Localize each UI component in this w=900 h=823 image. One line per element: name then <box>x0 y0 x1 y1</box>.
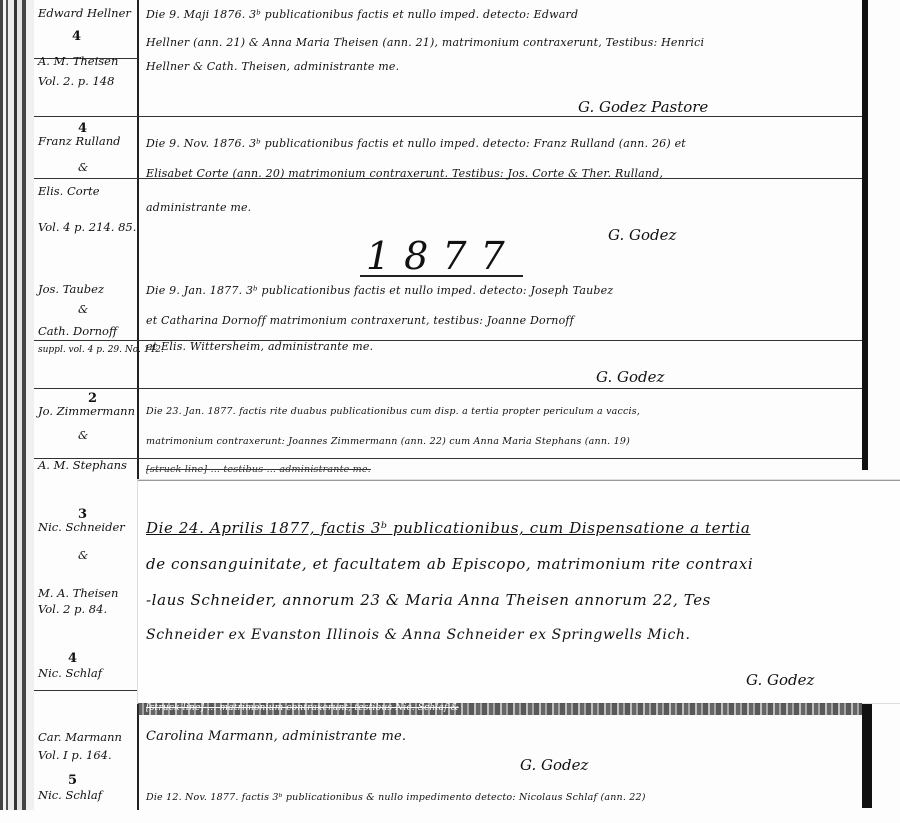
year-heading: 1877 <box>360 237 523 277</box>
priest-signature: G. Godez <box>608 226 676 244</box>
struck-entry-line: [struck line] … testibus … administrante… <box>146 464 371 475</box>
rule-line <box>34 458 862 459</box>
priest-signature: G. Godez <box>596 368 664 386</box>
entry-line: de consanguinitate, et facultatem ab Epi… <box>146 555 753 573</box>
entry-line: Elisabet Corte (ann. 20) matrimonium con… <box>146 167 663 180</box>
bride-name: A. M. Theisen <box>38 56 118 68</box>
groom-name: Nic. Schneider <box>38 522 125 534</box>
bride-name: M. A. Theisen <box>38 588 118 600</box>
entry-line: Die 12. Nov. 1877. factis 3ᵇ publication… <box>146 792 646 803</box>
bride-name: Elis. Corte <box>38 186 100 198</box>
groom-name: Nic. Schlaf <box>38 668 102 680</box>
entry-line: Hellner (ann. 21) & Anna Maria Theisen (… <box>146 36 704 49</box>
bride-name: Car. Marmann <box>38 732 122 744</box>
entry-line: administrante me. <box>146 201 251 214</box>
pasted-entry-slip: Die 24. Aprilis 1877, factis 3ᵇ publicat… <box>138 480 900 703</box>
groom-name: Jos. Taubez <box>38 284 104 296</box>
entry-line: Die 23. Jan. 1877. factis rite duabus pu… <box>146 406 640 417</box>
entry-line: et Catharina Dornoff matrimonium contrax… <box>146 314 574 327</box>
register-page: Edward Hellner 4 A. M. Theisen Vol. 2. p… <box>0 0 900 823</box>
groom-name: Franz Rulland <box>38 136 121 148</box>
entry-line: Die 9. Jan. 1877. 3ᵇ publicationibus fac… <box>146 284 613 297</box>
conjunction: & <box>78 162 88 174</box>
priest-signature: G. Godez Pastore <box>578 98 708 116</box>
entry-line: Schneider ex Evanston Illinois & Anna Sc… <box>146 627 691 643</box>
entry-number: 4 <box>72 30 81 43</box>
rule-line <box>34 116 862 117</box>
volume-reference: suppl. vol. 4 p. 29. No. 142. <box>38 346 164 355</box>
entry-line: matrimonium contraxerunt: Joannes Zimmer… <box>146 436 630 447</box>
volume-reference: Vol. 2. p. 148 <box>38 76 114 88</box>
priest-signature: G. Godez <box>520 756 588 774</box>
conjunction: & <box>78 430 88 442</box>
entry-line: Carolina Marmann, administrante me. <box>146 729 406 744</box>
entry-number: 5 <box>68 774 77 787</box>
volume-reference: Vol. 4 p. 214. 85. <box>38 222 136 234</box>
bride-name: A. M. Stephans <box>38 460 127 472</box>
conjunction: & <box>78 550 88 562</box>
entry-line: Die 24. Aprilis 1877, factis 3ᵇ publicat… <box>146 519 750 537</box>
priest-signature: G. Godez <box>746 671 814 689</box>
groom-name: Nic. Schlaf <box>38 790 102 802</box>
groom-name: Jo. Zimmermann <box>38 406 135 418</box>
entry-line: Hellner & Cath. Theisen, administrante m… <box>146 60 399 73</box>
volume-reference: Vol. 2 p. 84. <box>38 604 107 616</box>
entry-line: -laus Schneider, annorum 23 & Maria Anna… <box>146 591 711 609</box>
rule-line <box>34 388 862 389</box>
volume-reference: Vol. I p. 164. <box>38 750 112 762</box>
binding-edge <box>0 0 34 810</box>
entry-line: Die 9. Maji 1876. 3ᵇ publicationibus fac… <box>146 8 578 21</box>
entry-line: et Elis. Wittersheim, administrante me. <box>146 340 373 353</box>
page-edge <box>862 700 872 808</box>
entry-number: 4 <box>68 652 77 665</box>
page-edge <box>862 0 868 470</box>
entry-line: Die 9. Nov. 1876. 3ᵇ publicationibus fac… <box>146 137 686 150</box>
struck-entry-line: [struck line] … matrimonium contraxerunt… <box>146 703 459 713</box>
bride-name: Cath. Dornoff <box>38 326 117 338</box>
conjunction: & <box>78 304 88 316</box>
groom-name: Edward Hellner <box>38 8 131 20</box>
entry-margin: Edward Hellner 4 A. M. Theisen Vol. 2. p… <box>38 8 136 118</box>
